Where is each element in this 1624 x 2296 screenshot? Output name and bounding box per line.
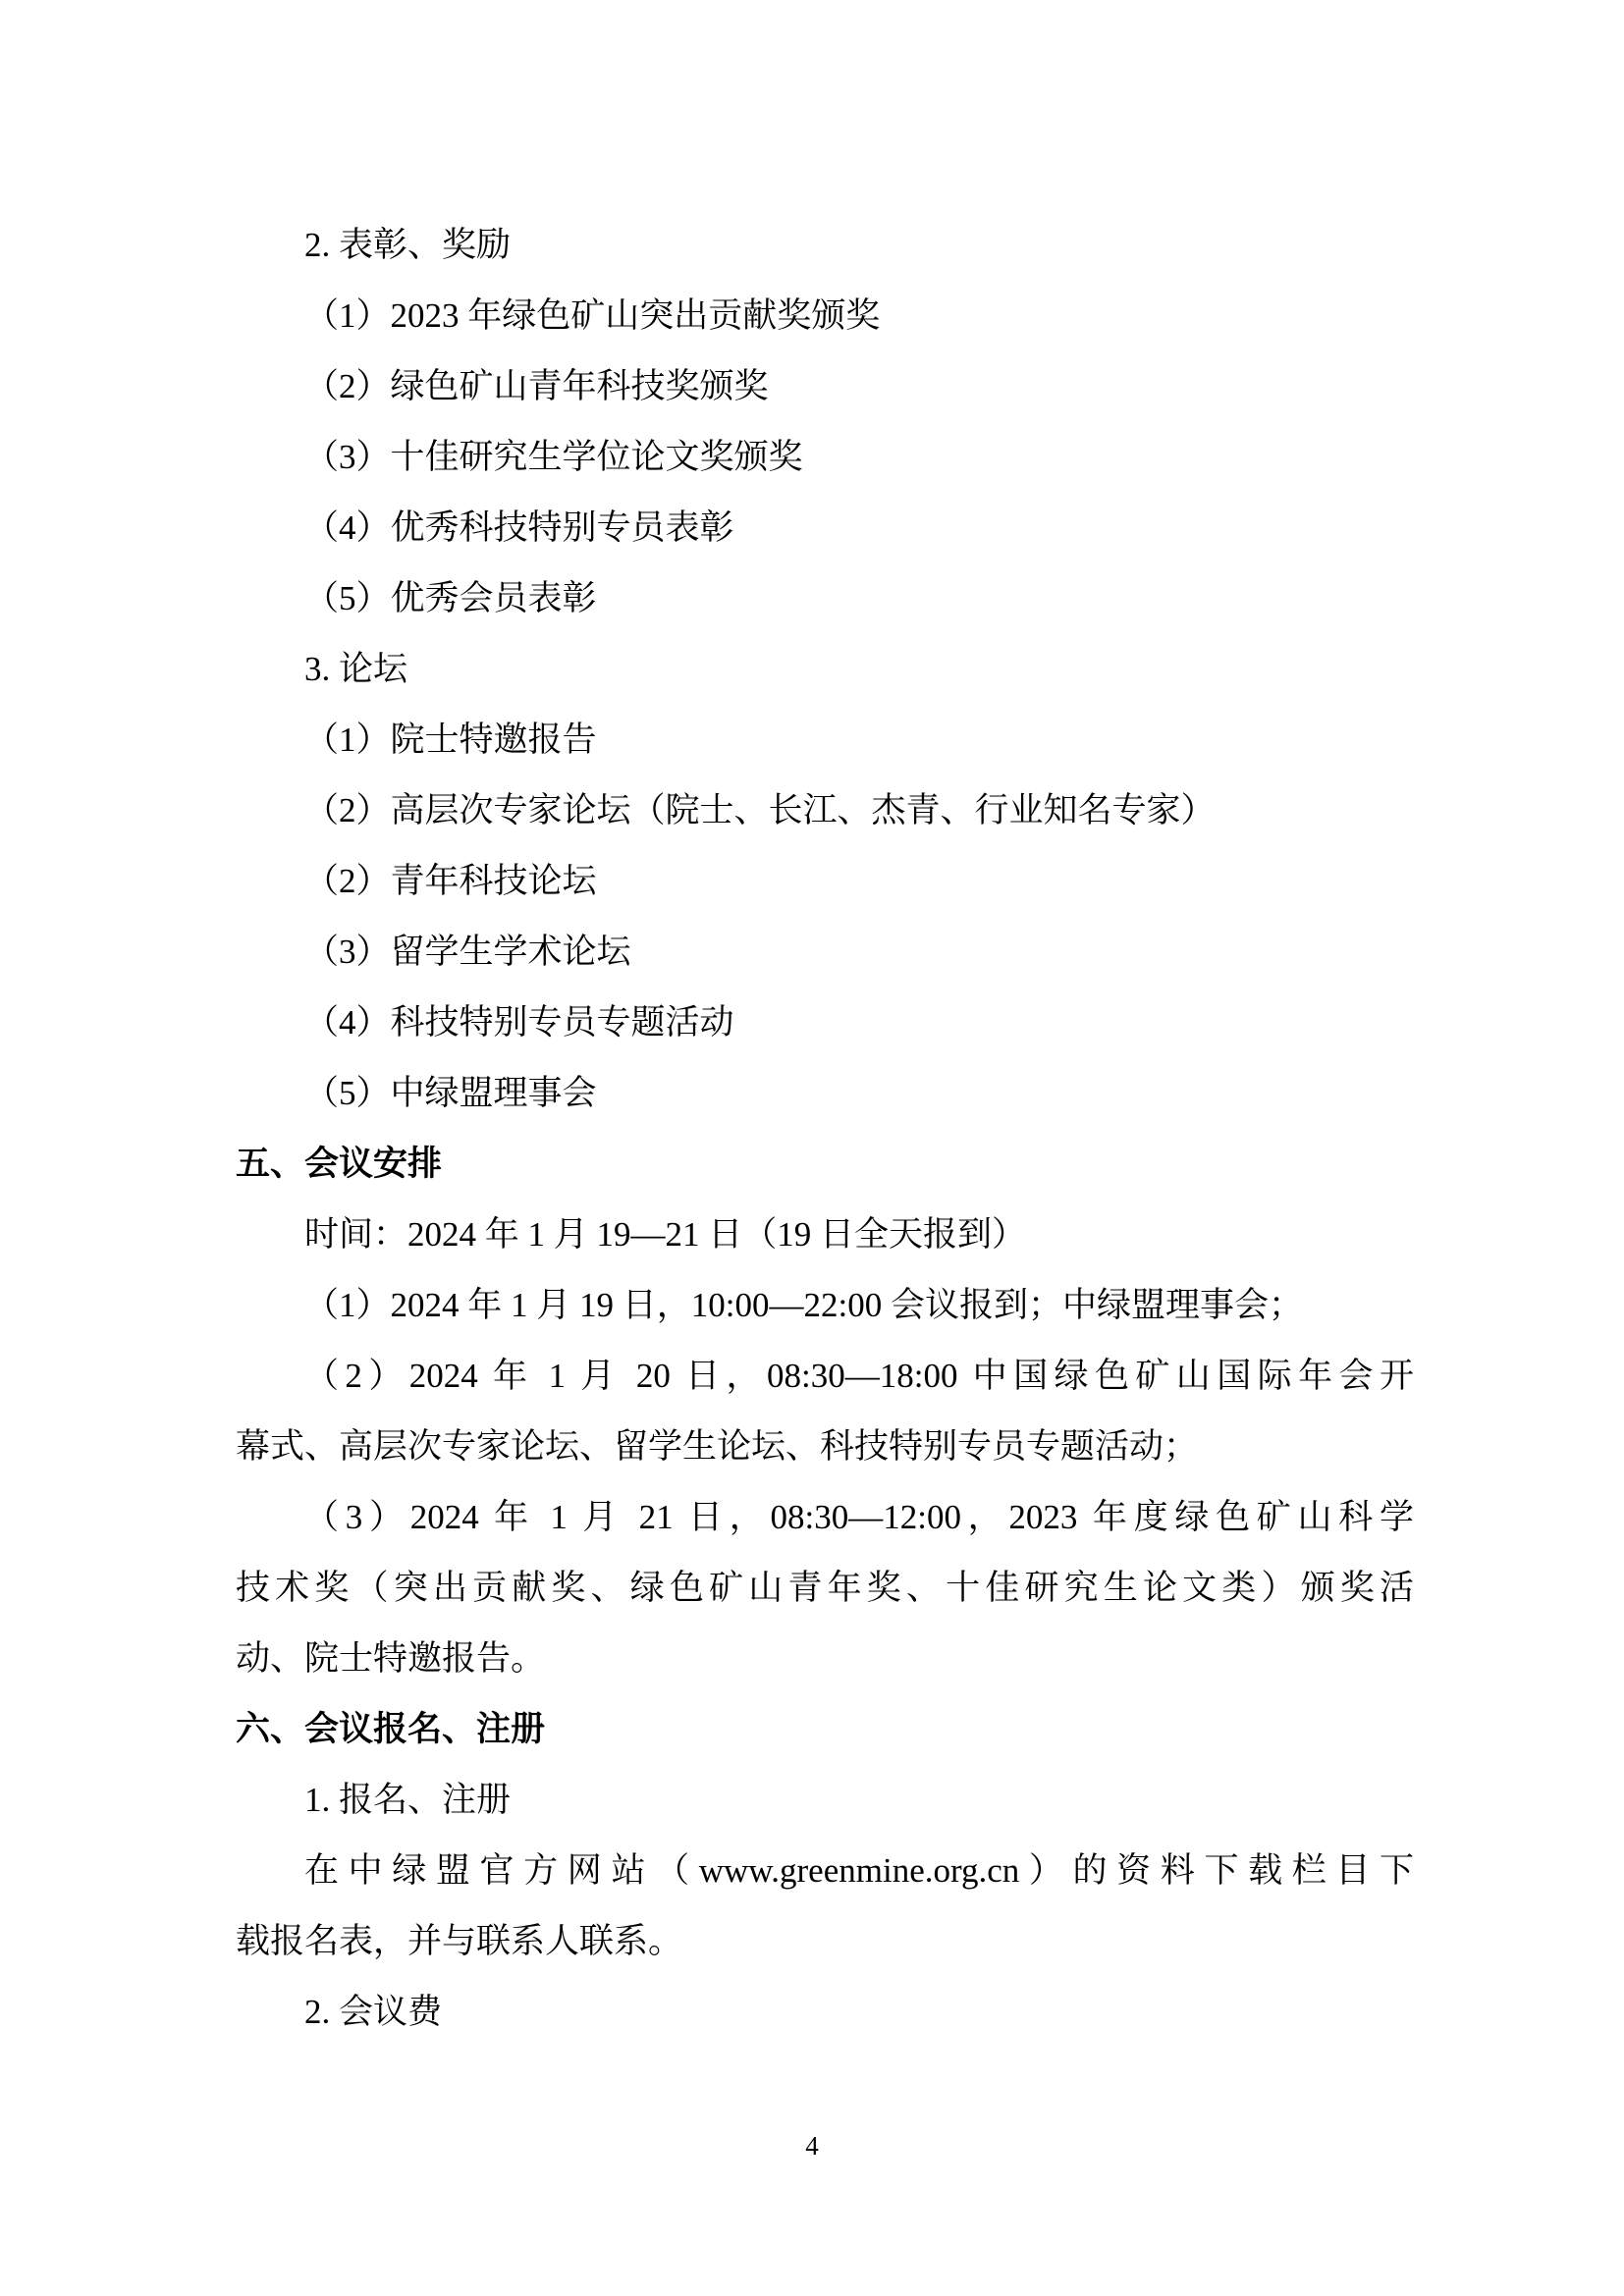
text-line-item: （5）中绿盟理事会: [236, 1058, 1414, 1129]
page-body: 2. 表彰、奖励 （1）2023 年绿色矿山突出贡献奖颁奖 （2）绿色矿山青年科…: [236, 210, 1414, 2048]
text-line-item: （3）十佳研究生学位论文奖颁奖: [236, 422, 1414, 493]
text-line-item: 1. 报名、注册: [236, 1765, 1414, 1836]
text-line-item: （2）绿色矿山青年科技奖颁奖: [236, 351, 1414, 422]
text-line-item: （2）高层次专家论坛（院士、长江、杰青、行业知名专家）: [236, 775, 1414, 846]
text-line-item: （4）科技特别专员专题活动: [236, 988, 1414, 1058]
text-line-continuation: 技术奖（突出贡献奖、绿色矿山青年奖、十佳研究生论文类）颁奖活: [236, 1553, 1414, 1624]
text-line-item: （3）留学生学术论坛: [236, 917, 1414, 988]
page-number: 4: [0, 2110, 1624, 2181]
text-line-item: （1）院士特邀报告: [236, 705, 1414, 775]
text-line-item: 2. 表彰、奖励: [236, 210, 1414, 281]
text-line-continuation: 幕式、高层次专家论坛、留学生论坛、科技特别专员专题活动；: [236, 1412, 1414, 1482]
text-line-continuation: 动、院士特邀报告。: [236, 1624, 1414, 1694]
section-heading-5: 五、会议安排: [236, 1129, 1414, 1200]
text-line-item: （3）2024 年 1 月 21 日，08:30—12:00，2023 年度绿色…: [236, 1482, 1414, 1553]
text-line-item: 时间：2024 年 1 月 19—21 日（19 日全天报到）: [236, 1200, 1414, 1270]
text-line-item: （1）2024 年 1 月 19 日，10:00—22:00 会议报到；中绿盟理…: [236, 1270, 1414, 1341]
text-line-item: （5）优秀会员表彰: [236, 563, 1414, 634]
text-line-item: 2. 会议费: [236, 1977, 1414, 2048]
text-line-item: （4）优秀科技特别专员表彰: [236, 493, 1414, 563]
text-line-item: 在中绿盟官方网站（www.greenmine.org.cn）的资料下载栏目下: [236, 1836, 1414, 1906]
document-page: 2. 表彰、奖励 （1）2023 年绿色矿山突出贡献奖颁奖 （2）绿色矿山青年科…: [0, 0, 1624, 2296]
section-heading-6: 六、会议报名、注册: [236, 1694, 1414, 1765]
text-line-item: （2）2024 年 1 月 20 日，08:30—18:00 中国绿色矿山国际年…: [236, 1341, 1414, 1412]
text-line-item: 3. 论坛: [236, 634, 1414, 705]
text-line-item: （2）青年科技论坛: [236, 846, 1414, 917]
text-line-item: （1）2023 年绿色矿山突出贡献奖颁奖: [236, 281, 1414, 351]
text-line-continuation: 载报名表，并与联系人联系。: [236, 1906, 1414, 1977]
